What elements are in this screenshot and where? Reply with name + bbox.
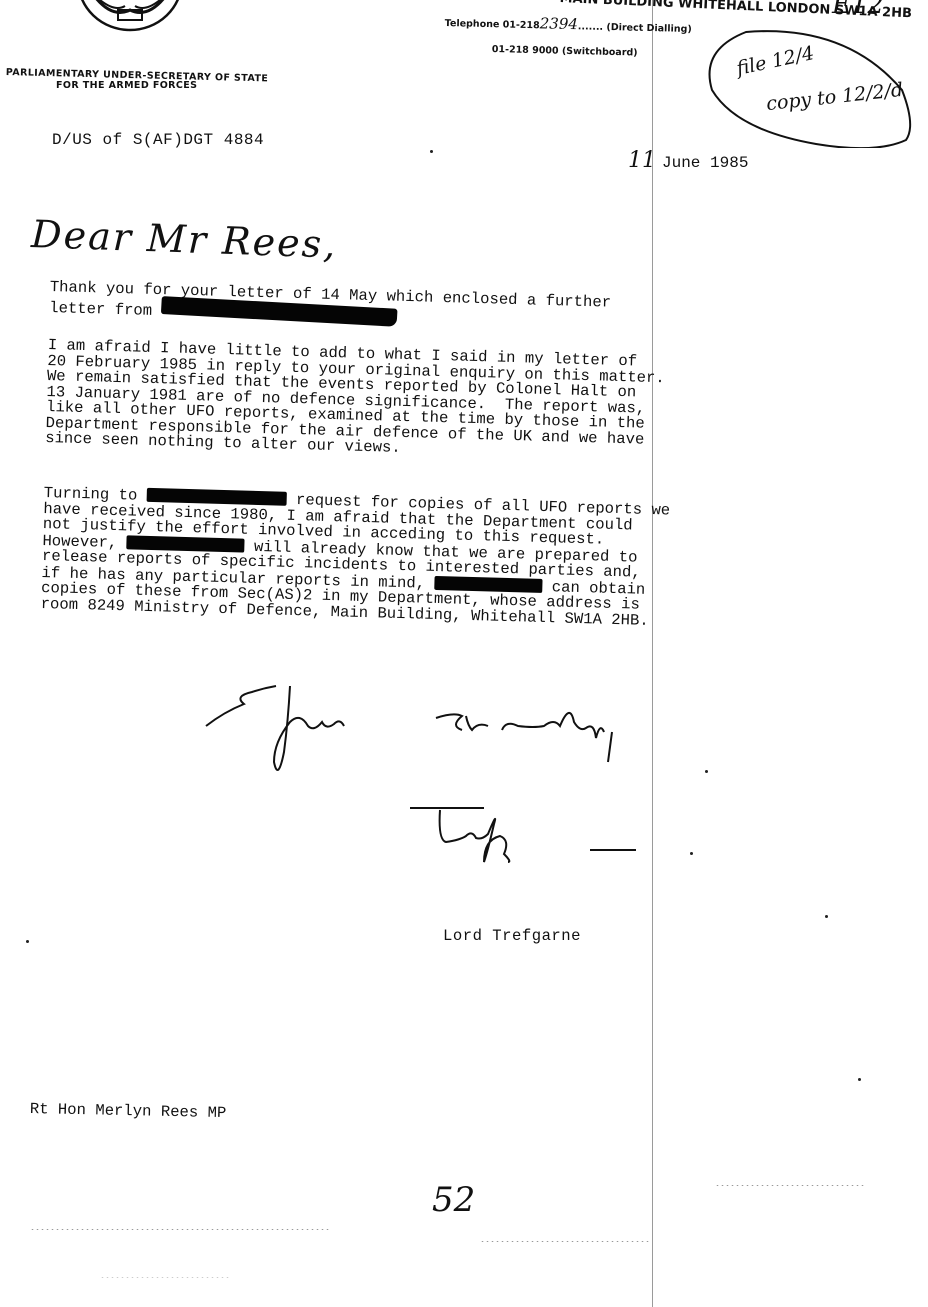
telephone-direct-label: (Direct Dialling) xyxy=(606,22,692,35)
paragraph-2: I am afraid I have little to add to what… xyxy=(45,338,665,464)
signature: Trefg— xyxy=(400,800,660,880)
salutation: Dear Mr Rees, xyxy=(30,212,338,267)
scan-noise xyxy=(30,1228,330,1231)
office-title: PARLIAMENTARY UNDER-SECRETARY OF STATE F… xyxy=(6,66,268,92)
telephone-extension: 2394 xyxy=(540,14,579,33)
telephone-direct: Telephone 01-2182394....... (Direct Dial… xyxy=(445,12,692,36)
recipient-name: Rt Hon Merlyn Rees MP xyxy=(30,1100,227,1122)
file-reference-mark: E12 xyxy=(832,0,884,20)
date-day: 11 xyxy=(628,148,656,173)
document-reference: D/US of S(AF)DGT 4884 xyxy=(52,131,264,149)
scan-noise xyxy=(100,1276,230,1279)
scan-speck xyxy=(705,770,708,773)
scan-speck xyxy=(858,1078,861,1081)
scan-noise xyxy=(480,1240,650,1243)
telephone-prefix: 01-218 xyxy=(503,19,540,31)
letter-page: PARLIAMENTARY UNDER-SECRETARY OF STATE F… xyxy=(0,0,928,1307)
scan-noise xyxy=(715,1184,865,1187)
paragraph-3: Turning to request for copies of all UFO… xyxy=(40,485,670,629)
handwritten-closing: Yours sincerely, xyxy=(204,682,664,782)
letter-date: 11June 1985 xyxy=(628,148,748,173)
scan-speck xyxy=(825,915,828,918)
telephone-label: Telephone xyxy=(445,18,500,30)
royal-crest-icon xyxy=(70,0,190,32)
scan-fold-line xyxy=(652,0,653,1307)
page-number: 52 xyxy=(432,1180,475,1220)
scan-speck xyxy=(690,852,693,855)
paragraph-1: Thank you for your letter of 14 May whic… xyxy=(49,280,611,332)
scan-speck xyxy=(430,150,433,153)
telephone-switchboard: 01-218 9000 (Switchboard) xyxy=(492,44,638,59)
scan-speck xyxy=(26,940,29,943)
signatory-name: Lord Trefgarne xyxy=(443,927,581,945)
date-month-year: June 1985 xyxy=(662,154,748,172)
